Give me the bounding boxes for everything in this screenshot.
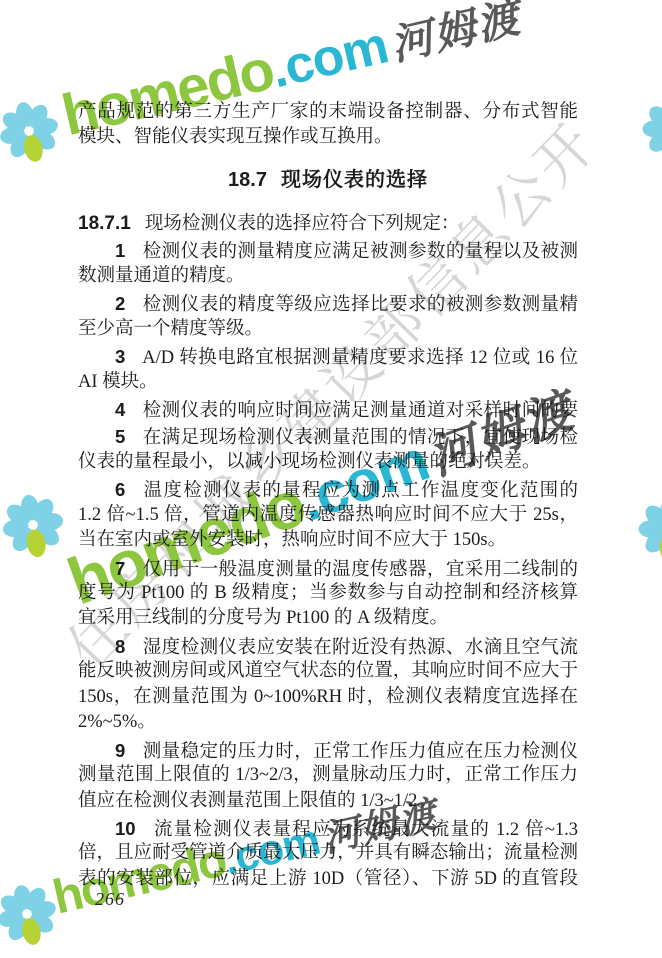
item-number: 10 (115, 818, 136, 839)
item-number: 6 (115, 479, 125, 500)
item-2: 2检测仪表的精度等级应选择比要求的被测参数测量精度 至少高一个精度等级。 (78, 291, 578, 342)
text-line: 10流量检测仪表量程应为系统最大流量的 1.2 倍~1.3 (78, 816, 578, 841)
text-line: 6温度检测仪表的量程应为测点工作温度变化范围的 (78, 477, 578, 502)
item-number: 5 (115, 426, 125, 447)
item-6: 6温度检测仪表的量程应为测点工作温度变化范围的 1.2 倍~1.5 倍，管道内温… (78, 477, 578, 553)
homedo-flower-icon (0, 92, 68, 170)
item-number: 8 (115, 636, 125, 657)
text-line: 4检测仪表的响应时间应满足测量通道对采样时间的要求。 (78, 397, 578, 422)
item-number: 1 (115, 240, 125, 261)
text-line: 7仅用于一般温度测量的温度传感器，宜采用二线制的分 (78, 556, 578, 581)
item-text: 检测仪表的精度等级应选择比要求的被测参数测量精度 (115, 295, 578, 316)
section-number: 18.7 (228, 169, 267, 191)
item-text: 检测仪表的测量精度应满足被测参数的量程以及被测参 (115, 242, 578, 263)
homedo-flower-icon (0, 487, 71, 563)
item-1: 1检测仪表的测量精度应满足被测参数的量程以及被测参 数测量通道的精度。 (78, 238, 578, 289)
text-line: 9测量稳定的压力时，正常工作压力值应在压力检测仪表 (78, 738, 578, 763)
text-line: 倍，且应耐受管道介质最大压力，并具有瞬态输出；流量检测仪 (78, 841, 578, 866)
text-line: 至少高一个精度等级。 (78, 317, 578, 342)
item-4: 4检测仪表的响应时间应满足测量通道对采样时间的要求。 (78, 397, 578, 422)
item-8: 8湿度检测仪表应安装在附近没有热源、水滴且空气流通， 能反映被测房间或风道空气状… (78, 634, 578, 736)
item-text: 在满足现场检测仪表测量范围的情况下，宜使现场检测 (115, 428, 578, 449)
homedo-tld: .com (266, 16, 393, 99)
item-number: 2 (115, 293, 125, 314)
text-line: 测量范围上限值的 1/3~2/3，测量脉动压力时，正常工作压力 (78, 763, 578, 788)
intro-paragraph: 产品规范的第三方生产厂家的末端设备控制器、分布式智能 I/O 模块、智能仪表实现… (78, 100, 578, 151)
item-text: 测量稳定的压力时，正常工作压力值应在压力检测仪表 (115, 742, 578, 763)
text-line: AI 模块。 (78, 370, 578, 395)
text-line: 1.2 倍~1.5 倍，管道内温度传感器热响应时间不应大于 25s， (78, 503, 578, 528)
item-10: 10流量检测仪表量程应为系统最大流量的 1.2 倍~1.3 倍，且应耐受管道介质… (78, 816, 578, 892)
item-text: 温度检测仪表的量程应为测点工作温度变化范围的 (142, 481, 578, 501)
text-line: 2检测仪表的精度等级应选择比要求的被测参数测量精度 (78, 291, 578, 316)
section-title: 现场仪表的选择 (281, 169, 428, 191)
text-line: 8湿度检测仪表应安装在附近没有热源、水滴且空气流通， (78, 634, 578, 659)
text-line: 模块、智能仪表实现互操作或互换用。 (78, 125, 578, 150)
text-line: 值应在检测仪表测量范围上限值的 1/3~1/2。 (78, 789, 578, 814)
item-number: 9 (115, 740, 125, 761)
homedo-flower-icon (0, 875, 66, 953)
document-body: 产品规范的第三方生产厂家的末端设备控制器、分布式智能 I/O 模块、智能仪表实现… (78, 100, 578, 894)
text-line: 产品规范的第三方生产厂家的末端设备控制器、分布式智能 I/O (78, 100, 578, 125)
text-line: 1检测仪表的测量精度应满足被测参数的量程以及被测参 (78, 238, 578, 263)
item-9: 9测量稳定的压力时，正常工作压力值应在压力检测仪表 测量范围上限值的 1/3~2… (78, 738, 578, 814)
clause-number: 18.7.1 (78, 213, 131, 234)
text-line: 度号为 Pt100 的 B 级精度；当参数参与自动控制和经济核算时， (78, 581, 578, 606)
item-text: 湿度检测仪表应安装在附近没有热源、水滴且空气流通， (115, 638, 578, 659)
item-7: 7仅用于一般温度测量的温度传感器，宜采用二线制的分 度号为 Pt100 的 B … (78, 556, 578, 632)
text-line: 2%~5%。 (78, 710, 578, 735)
text-line: 当在室内或室外安装时，热响应时间不应大于 150s。 (78, 528, 578, 553)
text-line: 仪表的量程最小，以减小现场检测仪表测量的绝对误差。 (78, 450, 578, 475)
text-line: 3A/D 转换电路宜根据测量精度要求选择 12 位或 16 位的 (78, 344, 578, 369)
text-line: 150s，在测量范围为 0~100%RH 时，检测仪表精度宜选择在 (78, 685, 578, 710)
homedo-flower-icon (640, 97, 662, 161)
clause-text: 现场检测仪表的选择应符合下列规定： (145, 214, 460, 234)
text-line: 能反映被测房间或风道空气状态的位置，其响应时间不应大于 (78, 659, 578, 684)
item-number: 4 (115, 399, 125, 420)
homedo-flower-icon (636, 496, 662, 562)
homedo-cjk-name: 河姆渡 (386, 0, 525, 69)
item-number: 7 (115, 558, 125, 579)
text-line: 宜采用三线制的分度号为 Pt100 的 A 级精度。 (78, 606, 578, 631)
item-text: 流量检测仪表量程应为系统最大流量的 1.2 倍~1.3 (153, 820, 578, 840)
item-text: A/D 转换电路宜根据测量精度要求选择 12 位或 16 位的 (115, 348, 578, 369)
text-line: 18.7.1现场检测仪表的选择应符合下列规定： (78, 211, 578, 236)
item-text: 检测仪表的响应时间应满足测量通道对采样时间的要求。 (115, 401, 578, 422)
item-number: 3 (115, 346, 125, 367)
clause-paragraph: 18.7.1现场检测仪表的选择应符合下列规定： (78, 211, 578, 236)
item-3: 3A/D 转换电路宜根据测量精度要求选择 12 位或 16 位的 AI 模块。 (78, 344, 578, 395)
text-line: 数测量通道的精度。 (78, 264, 578, 289)
text-line: 表的安装部位，应满足上游 10D（管径）、下游 5D 的直管段要 (78, 867, 578, 892)
item-5: 5在满足现场检测仪表测量范围的情况下，宜使现场检测 仪表的量程最小，以减小现场检… (78, 424, 578, 475)
section-heading: 18.7现场仪表的选择 (78, 167, 578, 193)
scanned-document-page: 住房和城乡建设部信息公开 homedo.com 河姆渡 homedo.com 河… (0, 0, 662, 958)
page-number: 266 (95, 889, 125, 910)
item-text: 仅用于一般温度测量的温度传感器，宜采用二线制的分 (115, 560, 578, 581)
text-line: 5在满足现场检测仪表测量范围的情况下，宜使现场检测 (78, 424, 578, 449)
